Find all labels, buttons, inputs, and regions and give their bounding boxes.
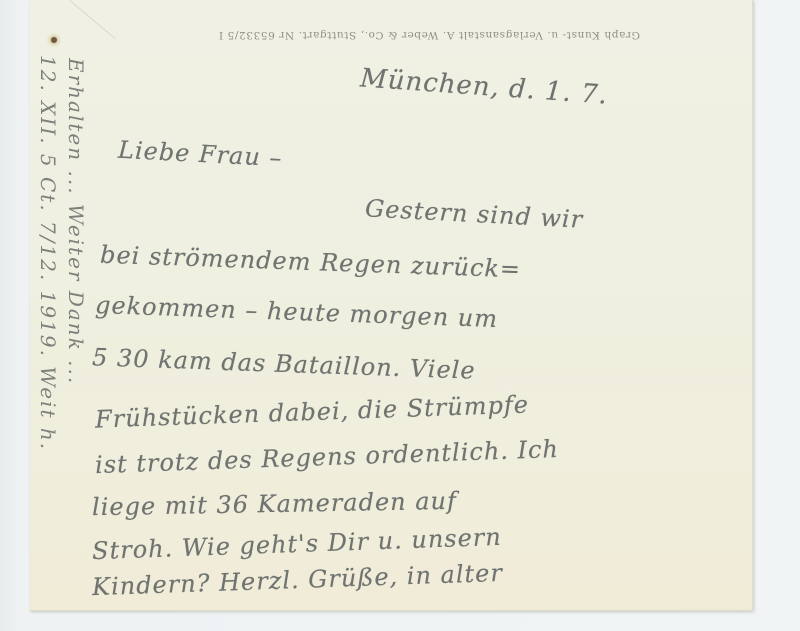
- margin-note-right: Erhalten ... Weiter Dank ...: [64, 58, 88, 385]
- margin-note-left: 12. XII. 5 Ct. 7/12. 1919. Weit h.: [36, 55, 60, 451]
- printed-publisher-line: Graph Kunst- u. Verlagsanstalt A. Weber …: [80, 29, 640, 41]
- pin-hole-mark: [51, 37, 57, 43]
